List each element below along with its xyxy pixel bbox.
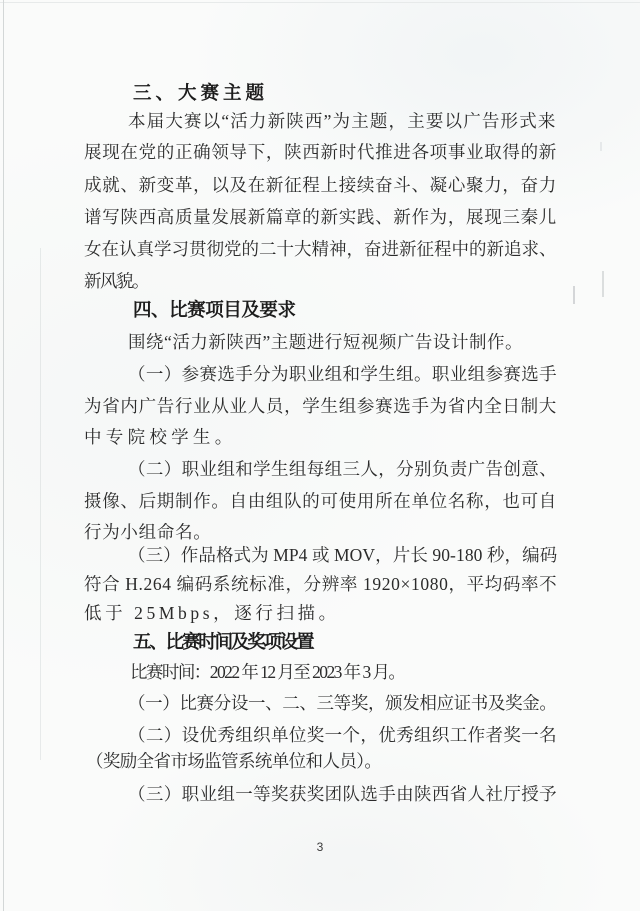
section5-item2-line: （奖励全省市场监管系统单位和人员）。: [86, 750, 381, 772]
section3-paragraph-line: 展现在党的正确领导下，陕西新时代推进各项事业取得的新: [84, 141, 557, 163]
section3-heading: 三、大赛主题: [133, 83, 268, 105]
section5-item3-line: （三）职业组一等奖获奖团队选手由陕西省人社厅授予: [128, 783, 557, 805]
section3-paragraph-line: 成就、新变革，以及在新征程上接续奋斗、凝心聚力，奋力: [84, 174, 557, 196]
scanned-document-page: 三、大赛主题 本届大赛以“活力新陕西”为主题，主要以广告形式来 展现在党的正确领…: [0, 0, 640, 911]
section3-paragraph-line: 谱写陕西高质量发展新篇章的新实践、新作为，展现三秦儿: [84, 206, 557, 228]
section3-paragraph-line: 新风貌。: [84, 270, 148, 292]
section4-item1-line: 为省内广告行业从业人员，学生组参赛选手为省内全日制大: [84, 395, 557, 417]
section4-item2-line: 行为小组命名。: [84, 521, 212, 543]
section4-item2-line: 摄像、后期制作。自由组队的可使用所在单位名称，也可自: [84, 490, 557, 512]
scan-artifact-mark: [600, 142, 602, 151]
section5-time-line: 比赛时间：2022 年 12 月至 2023 年 3 月。: [130, 661, 404, 683]
section3-paragraph-line: 本届大赛以“活力新陕西”为主题，主要以广告形式来: [128, 110, 557, 132]
section5-heading: 五、比赛时间及奖项设置: [133, 632, 313, 654]
section4-item1-line: （一）参赛选手分为职业组和学生组。职业组参赛选手: [128, 363, 557, 385]
section4-item3-line: 符合 H.264 编码系统标准，分辨率 1920×1080，平均码率不: [84, 573, 557, 595]
section4-item3-line: 低于 25Mbps，逐行扫描。: [84, 602, 340, 624]
scan-artifact-mark: [573, 286, 575, 304]
scan-artifact-mark: [602, 271, 604, 297]
section3-paragraph-line: 女在认真学习贯彻党的二十大精神，奋进新征程中的新追求、: [84, 238, 557, 260]
section4-item2-line: （二）职业组和学生组每组三人，分别负责广告创意、: [128, 458, 557, 480]
paper-fold-line: [40, 248, 41, 760]
section5-item2-line: （二）设优秀组织单位奖一个，优秀组织工作者奖一名: [128, 724, 557, 746]
section4-item3-line: （三）作品格式为 MP4 或 MOV，片长 90-180 秒，编码: [128, 544, 557, 566]
section4-paragraph-line: 围绕“活力新陕西”主题进行短视频广告设计制作。: [128, 331, 523, 353]
page-number: 3: [0, 840, 640, 854]
section4-heading: 四、比赛项目及要求: [133, 300, 296, 322]
section4-item1-line: 中专院校学生。: [84, 426, 237, 448]
scan-left-edge-line: [3, 0, 4, 911]
scan-top-edge-line: [0, 2, 640, 3]
section5-item1-line: （一）比赛分设一、二、三等奖，颁发相应证书及奖金。: [128, 692, 557, 714]
